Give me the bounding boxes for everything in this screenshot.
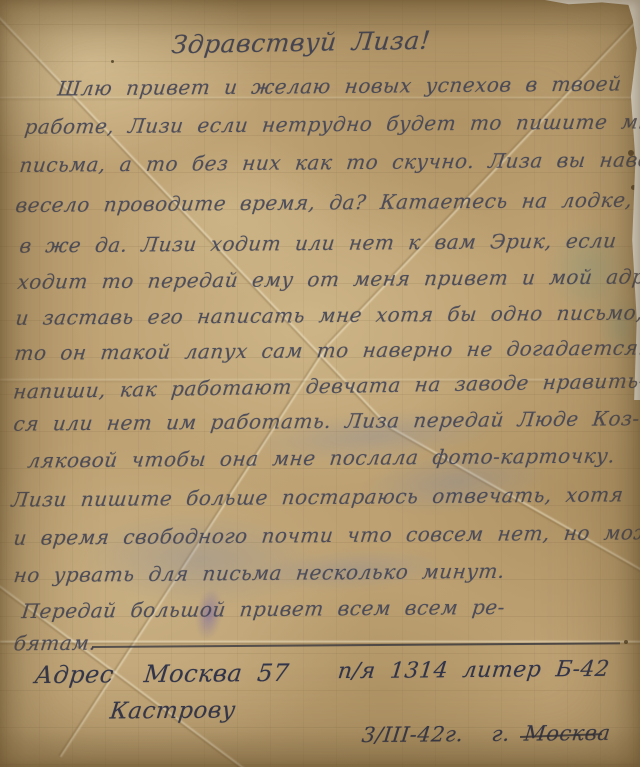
letter-scan: Здравствуй Лиза! Шлю привет и желаю новы… (0, 0, 640, 767)
letter-heading: Здравствуй Лиза! (170, 28, 431, 58)
fold-crease (327, 15, 640, 346)
letter-line-11: ляковой чтобы она мне послала фото-карто… (27, 445, 617, 470)
letter-line-8: то он такой лапух сам то наверно не дога… (13, 337, 640, 363)
letter-line-16: бятам. (13, 633, 98, 654)
letter-line-13: и время свободного почти что совсем нет,… (13, 522, 640, 548)
ink-rule (92, 642, 620, 648)
letter-line-10: ся или нет им работать. Лиза передай Люд… (13, 408, 640, 433)
po-box-line: п/я 1314 литер Б-42 (337, 659, 611, 683)
letter-line-5: в же да. Лизи ходит или нет к вам Эрик, … (19, 230, 618, 255)
letter-line-2: работе, Лизи если нетрудно будет то пиши… (24, 111, 640, 137)
torn-edge (545, 0, 640, 6)
letter-line-15: Передай большой привет всем всем ре- (21, 597, 507, 621)
letter-line-12: Лизи пишите больше постараюсь отвечать, … (11, 484, 625, 509)
addressee-line: Кастрову (109, 699, 237, 723)
letter-line-9: напиши, как работают девчата на заводе н… (12, 370, 640, 401)
letter-line-4: весело проводите время, да? Катаетесь на… (14, 189, 640, 215)
address-line: Адрес Москва 57 (34, 661, 291, 687)
letter-line-1: Шлю привет и желаю новых успехов в твоей (57, 74, 623, 99)
letter-line-7: и заставь его написать мне хотя бы одно … (15, 302, 640, 328)
paper-hole (624, 640, 628, 644)
letter-line-3: письма, а то без них как то скучно. Лиза… (19, 149, 640, 175)
paper-hole (111, 60, 114, 63)
letter-line-14: но урвать для письма несколько минут. (13, 561, 506, 585)
letter-line-6: ходит то передай ему от меня привет и мо… (17, 266, 640, 292)
fold-crease (58, 342, 330, 757)
